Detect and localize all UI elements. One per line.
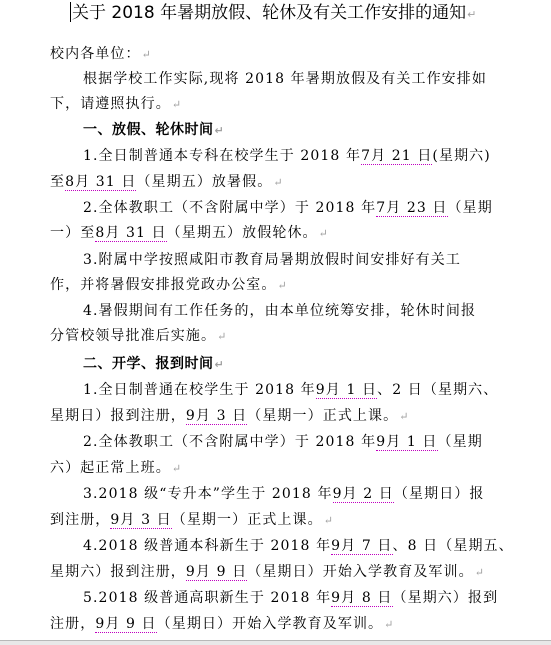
grammar-flagged-date: 8月 31 日 — [95, 225, 166, 242]
item-text: （星期六）报到 — [393, 590, 499, 606]
s2-item-3-line-1[interactable]: 3.2018 级“专升本”学生于 2018 年9月 2 日（星期日）报 — [83, 484, 543, 504]
paragraph-mark-icon: ↵ — [172, 98, 182, 111]
paragraph-mark-icon: ↵ — [399, 410, 409, 423]
grammar-flagged-date: 9月 3 日 — [110, 512, 171, 529]
section-heading-2[interactable]: 二、开学、报到时间↵ — [83, 354, 543, 375]
paragraph-mark-icon: ↵ — [217, 330, 227, 343]
item-text: 1.全日制普通本专科在校学生于 2018 年 — [83, 148, 361, 164]
s2-item-2-line-2[interactable]: 六）起正常上班。↵ — [50, 458, 510, 479]
item-text: （星期一）正式上课。 — [247, 408, 398, 424]
s2-item-5-line-2[interactable]: 注册，9月 9 日（星期日）开始入学教育及军训。↵ — [50, 614, 510, 635]
grammar-flagged-date: 9月 9 日 — [186, 564, 247, 581]
item-text: 分管校领导批准后实施。 — [50, 328, 216, 344]
grammar-flagged-date: 8月 31 日 — [65, 174, 136, 191]
item-text: 3.附属中学按照咸阳市教育局暑期放假时间安排好有关工 — [83, 252, 461, 268]
s1-item-2-line-1[interactable]: 2.全体教职工（不含附属中学）于 2018 年7月 23 日（星期 — [83, 198, 543, 218]
item-text: （星期五）放假轮休。 — [167, 225, 318, 241]
salutation[interactable]: 校内各单位：↵ — [50, 44, 510, 65]
item-text: (星期六) — [432, 148, 490, 164]
s2-item-5-line-1[interactable]: 5.2018 级普通高职新生于 2018 年9月 8 日（星期六）报到 — [83, 588, 543, 608]
item-text: （星期日）开始入学教育及军训。 — [157, 616, 384, 632]
section-heading-text: 一、放假、轮休时间 — [83, 122, 214, 138]
item-text: 2.全体教职工（不含附属中学）于 2018 年 — [83, 200, 376, 216]
grammar-flagged-date: 9月 3 日 — [186, 408, 247, 425]
s2-item-3-line-2[interactable]: 到注册，9月 3 日（星期一）正式上课。↵ — [50, 510, 510, 531]
grammar-flagged-date: 9月 2 日 — [333, 486, 394, 503]
s1-item-4-line-1[interactable]: 4.暑假期间有工作任务的，由本单位统筹安排，轮休时间报 — [83, 301, 543, 321]
item-text: （星期一）正式上课。 — [172, 512, 323, 528]
s2-item-2-line-1[interactable]: 2.全体教职工（不含附属中学）于 2018 年9月 1 日（星期 — [83, 432, 543, 452]
paragraph-mark-icon: ↵ — [278, 279, 288, 292]
grammar-flagged-date: 9月 9 日 — [95, 616, 156, 633]
paragraph-mark-icon: ↵ — [319, 227, 329, 240]
s2-item-4-line-2[interactable]: 星期六）报到注册，9月 9 日（星期日）开始入学教育及军训。↵ — [50, 562, 510, 583]
paragraph-mark-icon: ↵ — [215, 124, 225, 137]
grammar-flagged-date: 9月 7 日 — [331, 538, 392, 555]
paragraph-mark-icon: ↵ — [142, 48, 152, 61]
item-text: 3.2018 级“专升本”学生于 2018 年 — [83, 486, 333, 502]
item-text: （星期 — [438, 434, 483, 450]
document-title[interactable]: 关于 2018 年暑期放假、轮休及有关工作安排的通知↵ — [70, 2, 476, 26]
item-text: （星期 — [448, 200, 493, 216]
grammar-flagged-date: 7月 21 日 — [361, 148, 432, 165]
paragraph-mark-icon: ↵ — [475, 566, 485, 579]
intro-text-1: 根据学校工作实际,现将 2018 年暑期放假及有关工作安排如 — [83, 71, 487, 87]
page-bottom-border — [0, 640, 551, 645]
s1-item-1-line-2[interactable]: 至8月 31 日（星期五）放暑假。↵ — [50, 172, 510, 193]
item-text: （星期五）放暑假。 — [136, 174, 272, 190]
s2-item-4-line-1[interactable]: 4.2018 级普通本科新生于 2018 年9月 7 日、8 日（星期五、 — [83, 536, 543, 556]
paragraph-mark-icon: ↵ — [384, 618, 394, 631]
s1-item-2-line-2[interactable]: 一）至8月 31 日（星期五）放假轮休。↵ — [50, 223, 510, 244]
item-text: 2.全体教职工（不含附属中学）于 2018 年 — [83, 434, 376, 450]
item-text: 到注册， — [50, 512, 110, 528]
paragraph-mark-icon: ↵ — [467, 8, 476, 21]
paragraph-mark-icon: ↵ — [172, 462, 182, 475]
item-text: 至 — [50, 174, 65, 190]
intro-line-1[interactable]: 根据学校工作实际,现将 2018 年暑期放假及有关工作安排如 — [83, 69, 543, 89]
s1-item-3-line-2[interactable]: 作，并将暑假安排报党政办公室。↵ — [50, 275, 510, 296]
s1-item-1-line-1[interactable]: 1.全日制普通本专科在校学生于 2018 年7月 21 日(星期六) — [83, 146, 543, 166]
item-text: 星期日）报到注册， — [50, 408, 186, 424]
s1-item-3-line-1[interactable]: 3.附属中学按照咸阳市教育局暑期放假时间安排好有关工 — [83, 250, 543, 270]
intro-text-2: 下，请遵照执行。 — [50, 96, 171, 112]
s1-item-4-line-2[interactable]: 分管校领导批准后实施。↵ — [50, 326, 510, 347]
item-text: 4.暑假期间有工作任务的，由本单位统筹安排，轮休时间报 — [83, 303, 476, 319]
intro-line-2[interactable]: 下，请遵照执行。↵ — [50, 94, 510, 115]
item-text: 、2 日（星期六、 — [377, 382, 498, 398]
s2-item-1-line-1[interactable]: 1.全日制普通在校学生于 2018 年9月 1 日、2 日（星期六、 — [83, 380, 543, 400]
item-text: 4.2018 级普通本科新生于 2018 年 — [83, 538, 331, 554]
item-text: 星期六）报到注册， — [50, 564, 186, 580]
paragraph-mark-icon: ↵ — [215, 358, 225, 371]
item-text: 作，并将暑假安排报党政办公室。 — [50, 277, 277, 293]
grammar-flagged-date: 7月 23 日 — [376, 200, 447, 217]
salutation-text: 校内各单位： — [50, 46, 141, 62]
document-page[interactable]: 关于 2018 年暑期放假、轮休及有关工作安排的通知↵ 校内各单位：↵ 根据学校… — [0, 0, 551, 640]
item-text: 注册， — [50, 616, 95, 632]
title-text: 关于 2018 年暑期放假、轮休及有关工作安排的通知 — [72, 3, 466, 23]
section-heading-text: 二、开学、报到时间 — [83, 356, 214, 372]
item-text: （星期日）报 — [394, 486, 485, 502]
grammar-flagged-date: 9月 8 日 — [331, 590, 392, 607]
s2-item-1-line-2[interactable]: 星期日）报到注册，9月 3 日（星期一）正式上课。↵ — [50, 406, 510, 427]
section-heading-1[interactable]: 一、放假、轮休时间↵ — [83, 120, 543, 141]
item-text: （星期日）开始入学教育及军训。 — [247, 564, 474, 580]
item-text: 六）起正常上班。 — [50, 460, 171, 476]
item-text: 5.2018 级普通高职新生于 2018 年 — [83, 590, 331, 606]
grammar-flagged-date: 9月 1 日 — [376, 434, 437, 451]
item-text: 、8 日（星期五、 — [393, 538, 514, 554]
paragraph-mark-icon: ↵ — [324, 514, 334, 527]
text-cursor — [70, 2, 71, 22]
paragraph-mark-icon: ↵ — [273, 176, 283, 189]
item-text: 一）至 — [50, 225, 95, 241]
item-text: 1.全日制普通在校学生于 2018 年 — [83, 382, 316, 398]
grammar-flagged-date: 9月 1 日 — [316, 382, 377, 399]
